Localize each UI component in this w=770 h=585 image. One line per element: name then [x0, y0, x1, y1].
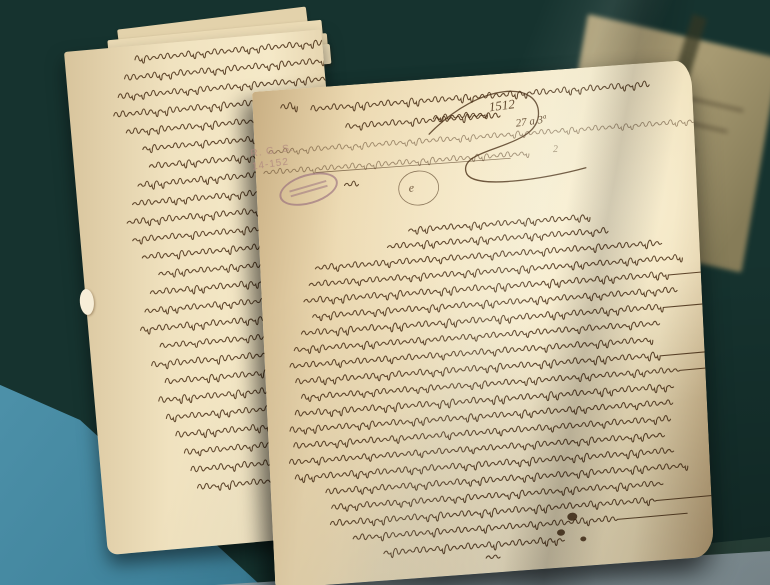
museum-manuscript-photo: 1512 27 a 3ª 2 e R. G. S. 14-152: [0, 0, 770, 585]
manuscript-date: 1512: [488, 96, 515, 115]
main-manuscript-page: 1512 27 a 3ª 2 e R. G. S. 14-152: [252, 60, 714, 585]
stamp-illegible-text: [289, 180, 326, 193]
folio-numeral: 2: [553, 144, 559, 155]
main-manuscript-handwriting: [252, 60, 714, 585]
circled-initial-letter: e: [408, 180, 414, 195]
